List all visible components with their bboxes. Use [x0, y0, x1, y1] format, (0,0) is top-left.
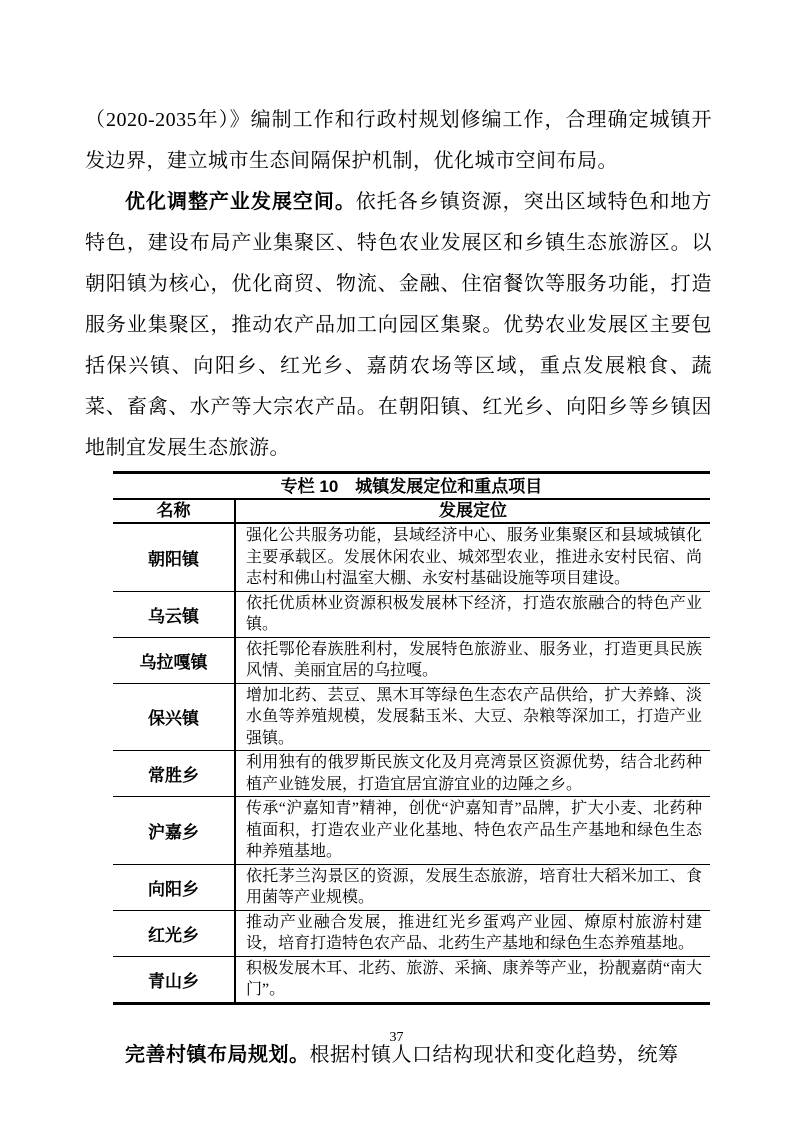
town-desc-cell: 利用独有的俄罗斯民族文化及月亮湾景区资源优势，结合北药种植产业链发展，打造宜居宜… — [235, 751, 710, 797]
town-desc-cell: 依托鄂伦春族胜利村，发展特色旅游业、服务业，打造更具民族风情、美丽宜居的乌拉嘎。 — [235, 637, 710, 683]
page-content: （2020-2035年）》编制工作和行政村规划修编工作，合理确定城镇开发边界，建… — [85, 100, 712, 1076]
table-title: 专栏 10 城镇发展定位和重点项目 — [113, 473, 710, 500]
town-desc-cell: 传承“沪嘉知青”精神，创优“沪嘉知青”品牌，扩大小麦、北药种植面积，打造农业产业… — [235, 797, 710, 865]
paragraph-lead: 优化调整产业发展空间。 — [125, 191, 356, 213]
column-header-positioning: 发展定位 — [235, 499, 710, 523]
paragraph-text: 根据村镇人口结构现状和变化趋势，统筹 — [310, 1044, 679, 1066]
table-row: 青山乡 积极发展木耳、北药、旅游、采摘、康养等产业，扮靓嘉荫“南大门”。 — [113, 956, 710, 1003]
town-desc-cell: 积极发展木耳、北药、旅游、采摘、康养等产业，扮靓嘉荫“南大门”。 — [235, 956, 710, 1003]
town-name-cell: 乌云镇 — [113, 591, 235, 637]
paragraph-text: 依托各乡镇资源，突出区域特色和地方特色，建设布局产业集聚区、特色农业发展区和乡镇… — [85, 191, 712, 459]
column-header-name: 名称 — [113, 499, 235, 523]
town-name-cell: 乌拉嘎镇 — [113, 637, 235, 683]
town-name-cell: 向阳乡 — [113, 864, 235, 910]
paragraph-industry-space: 优化调整产业发展空间。依托各乡镇资源，突出区域特色和地方特色，建设布局产业集聚区… — [85, 182, 712, 469]
town-desc-cell: 依托茅兰沟景区的资源，发展生态旅游，培育壮大稻米加工、食用菌等产业规模。 — [235, 864, 710, 910]
town-name-cell: 保兴镇 — [113, 683, 235, 751]
town-development-table: 专栏 10 城镇发展定位和重点项目 名称 发展定位 朝阳镇 强化公共服务功能，县… — [113, 471, 710, 1005]
table-row: 常胜乡 利用独有的俄罗斯民族文化及月亮湾景区资源优势，结合北药种植产业链发展，打… — [113, 751, 710, 797]
table-row: 乌拉嘎镇 依托鄂伦春族胜利村，发展特色旅游业、服务业，打造更具民族风情、美丽宜居… — [113, 637, 710, 683]
page-number: 37 — [0, 1030, 793, 1046]
table-header-row: 名称 发展定位 — [113, 499, 710, 523]
paragraph-continuation: （2020-2035年）》编制工作和行政村规划修编工作，合理确定城镇开发边界，建… — [85, 100, 712, 182]
table-row: 保兴镇 增加北药、芸豆、黑木耳等绿色生态农产品供给，扩大养蜂、淡水鱼等养殖规模，… — [113, 683, 710, 751]
table-row: 乌云镇 依托优质林业资源积极发展林下经济，打造农旅融合的特色产业镇。 — [113, 591, 710, 637]
town-desc-cell: 增加北药、芸豆、黑木耳等绿色生态农产品供给，扩大养蜂、淡水鱼等养殖规模，发展黏玉… — [235, 683, 710, 751]
town-desc-cell: 推动产业融合发展，推进红光乡蛋鸡产业园、燎原村旅游村建设，培育打造特色农产品、北… — [235, 910, 710, 956]
town-name-cell: 沪嘉乡 — [113, 797, 235, 865]
town-name-cell: 青山乡 — [113, 956, 235, 1003]
paragraph-lead: 完善村镇布局规划。 — [125, 1044, 310, 1066]
town-desc-cell: 依托优质林业资源积极发展林下经济，打造农旅融合的特色产业镇。 — [235, 591, 710, 637]
table-row: 沪嘉乡 传承“沪嘉知青”精神，创优“沪嘉知青”品牌，扩大小麦、北药种植面积，打造… — [113, 797, 710, 865]
paragraph-text: （2020-2035年）》编制工作和行政村规划修编工作，合理确定城镇开发边界，建… — [85, 109, 712, 172]
town-desc-cell: 强化公共服务功能，县域经济中心、服务业集聚区和县域城镇化主要承载区。发展休闲农业… — [235, 523, 710, 591]
table-title-row: 专栏 10 城镇发展定位和重点项目 — [113, 473, 710, 500]
table-row: 向阳乡 依托茅兰沟景区的资源，发展生态旅游，培育壮大稻米加工、食用菌等产业规模。 — [113, 864, 710, 910]
document-page: （2020-2035年）》编制工作和行政村规划修编工作，合理确定城镇开发边界，建… — [0, 0, 793, 1122]
table-row: 朝阳镇 强化公共服务功能，县域经济中心、服务业集聚区和县域城镇化主要承载区。发展… — [113, 523, 710, 591]
town-name-cell: 常胜乡 — [113, 751, 235, 797]
town-name-cell: 红光乡 — [113, 910, 235, 956]
town-name-cell: 朝阳镇 — [113, 523, 235, 591]
table-row: 红光乡 推动产业融合发展，推进红光乡蛋鸡产业园、燎原村旅游村建设，培育打造特色农… — [113, 910, 710, 956]
